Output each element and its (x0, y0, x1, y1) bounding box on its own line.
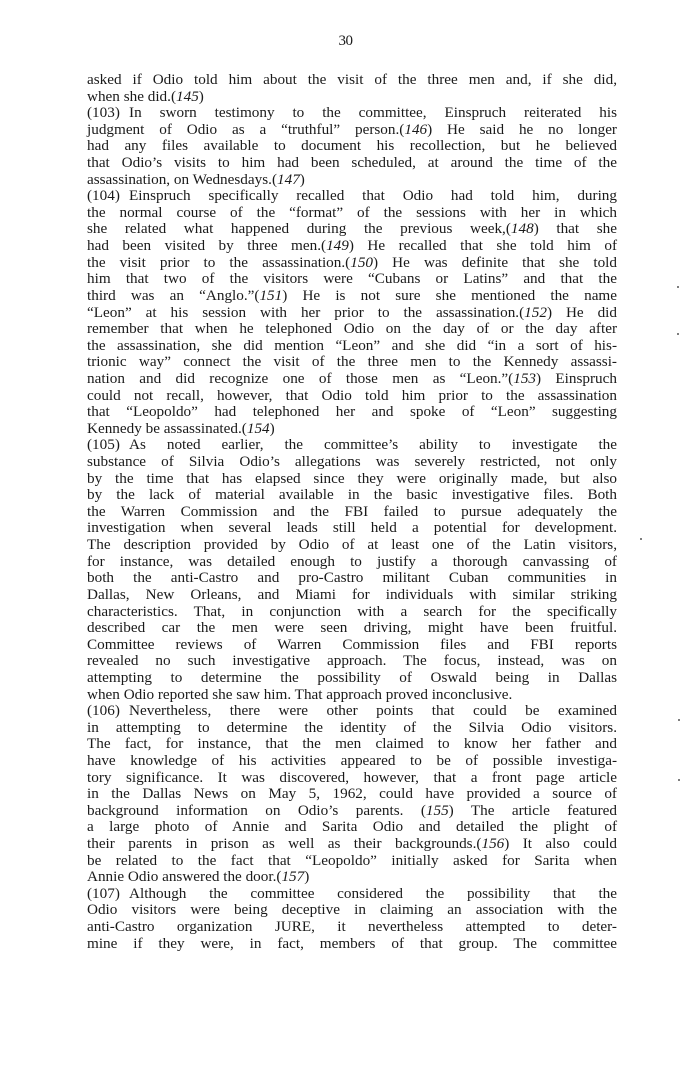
text-line: when she did.(145) (87, 89, 617, 106)
text-line: revealed no such investigative approach.… (87, 653, 617, 670)
text-line: when Odio reported she saw him. That app… (87, 687, 617, 704)
page-number: 30 (0, 33, 691, 50)
text-line: have knowledge of his activities appeare… (87, 753, 617, 770)
citation-number: 145 (176, 88, 199, 105)
text-line: had any files available to document his … (87, 138, 617, 155)
text-line: (105)As noted earlier, the committee’s a… (87, 437, 617, 454)
citation-number: 151 (259, 287, 282, 304)
text-line: she related what happened during the pre… (87, 221, 617, 238)
paragraph-number: (107) (87, 885, 120, 902)
text-line: attempting to determine the possibility … (87, 670, 617, 687)
text-line: substance of Silvia Odio’s allegations w… (87, 454, 617, 471)
text-line: described car the men were seen driving,… (87, 620, 617, 637)
text-line: the visit prior to the assassination.(15… (87, 255, 617, 272)
text-line: Annie Odio answered the door.(157) (87, 869, 617, 886)
citation-number: 153 (513, 370, 536, 387)
citation-number: 146 (404, 121, 427, 138)
citation-number: 149 (326, 237, 349, 254)
text-line: (104)Einspruch specifically recalled tha… (87, 188, 617, 205)
text-line: Dallas, New Orleans, and Miami for indiv… (87, 587, 617, 604)
text-line: tory significance. It was discovered, ho… (87, 770, 617, 787)
text-line: their parents in prison as well as their… (87, 836, 617, 853)
citation-number: 147 (277, 171, 300, 188)
text-line: Odio visitors were being deceptive in cl… (87, 902, 617, 919)
citation-number: 155 (426, 802, 449, 819)
text-line: that “Leopoldo” had telephoned her and s… (87, 404, 617, 421)
text-line: by the time that has elapsed since they … (87, 471, 617, 488)
scan-speck (677, 333, 679, 335)
text-line: characteristics. That, in conjunction wi… (87, 604, 617, 621)
text-line: “Leon” at his session with her prior to … (87, 305, 617, 322)
text-line: be related to the fact that “Leopoldo” i… (87, 853, 617, 870)
paragraph-number: (105) (87, 436, 120, 453)
text-line: investigation when several leads still h… (87, 520, 617, 537)
text-line: mine if they were, in fact, members of t… (87, 936, 617, 953)
text-line: trionic way” connect the visit of the th… (87, 354, 617, 371)
text-line: (103)In sworn testimony to the committee… (87, 105, 617, 122)
text-line: asked if Odio told him about the visit o… (87, 72, 617, 89)
scan-speck (678, 779, 680, 781)
text-line: the Warren Commission and the FBI failed… (87, 504, 617, 521)
text-line: for instance, was detailed enough to jus… (87, 554, 617, 571)
text-line: the normal course of the “format” of the… (87, 205, 617, 222)
text-line: third was an “Anglo.”(151) He is not sur… (87, 288, 617, 305)
text-line: a large photo of Annie and Sarita Odio a… (87, 819, 617, 836)
text-line: (107)Although the committee considered t… (87, 886, 617, 903)
text-line: anti-Castro organization JURE, it nevert… (87, 919, 617, 936)
text-line: The fact, for instance, that the men cla… (87, 736, 617, 753)
citation-number: 154 (247, 420, 270, 437)
text-line: in attempting to determine the identity … (87, 720, 617, 737)
text-line: The description provided by Odio of at l… (87, 537, 617, 554)
paragraph-number: (104) (87, 187, 120, 204)
text-line: had been visited by three men.(149) He r… (87, 238, 617, 255)
scan-speck (678, 719, 680, 721)
text-line: nation and did recognize one of those me… (87, 371, 617, 388)
paragraph-number: (103) (87, 104, 120, 121)
text-line: background information on Odio’s parents… (87, 803, 617, 820)
text-line: in the Dallas News on May 5, 1962, could… (87, 786, 617, 803)
body-text: asked if Odio told him about the visit o… (87, 72, 617, 952)
citation-number: 150 (350, 254, 373, 271)
citation-number: 152 (524, 304, 547, 321)
text-line: both the anti-Castro and pro-Castro mili… (87, 570, 617, 587)
citation-number: 148 (511, 220, 534, 237)
text-line: the assassination, she did mention “Leon… (87, 338, 617, 355)
text-line: him that two of the visitors were “Cuban… (87, 271, 617, 288)
text-line: assassination, on Wednesdays.(147) (87, 172, 617, 189)
text-line: (106)Nevertheless, there were other poin… (87, 703, 617, 720)
citation-number: 156 (481, 835, 504, 852)
text-line: by the lack of material available in the… (87, 487, 617, 504)
text-line: that Odio’s visits to him had been sched… (87, 155, 617, 172)
scan-speck (677, 286, 679, 288)
text-line: Kennedy be assassinated.(154) (87, 421, 617, 438)
citation-number: 157 (281, 868, 304, 885)
paragraph-number: (106) (87, 702, 120, 719)
text-line: Committee reviews of Warren Commission f… (87, 637, 617, 654)
text-line: judgment of Odio as a “truthful” person.… (87, 122, 617, 139)
text-line: could not recall, however, that Odio tol… (87, 388, 617, 405)
scan-speck (640, 538, 642, 540)
text-line: remember that when he telephoned Odio on… (87, 321, 617, 338)
